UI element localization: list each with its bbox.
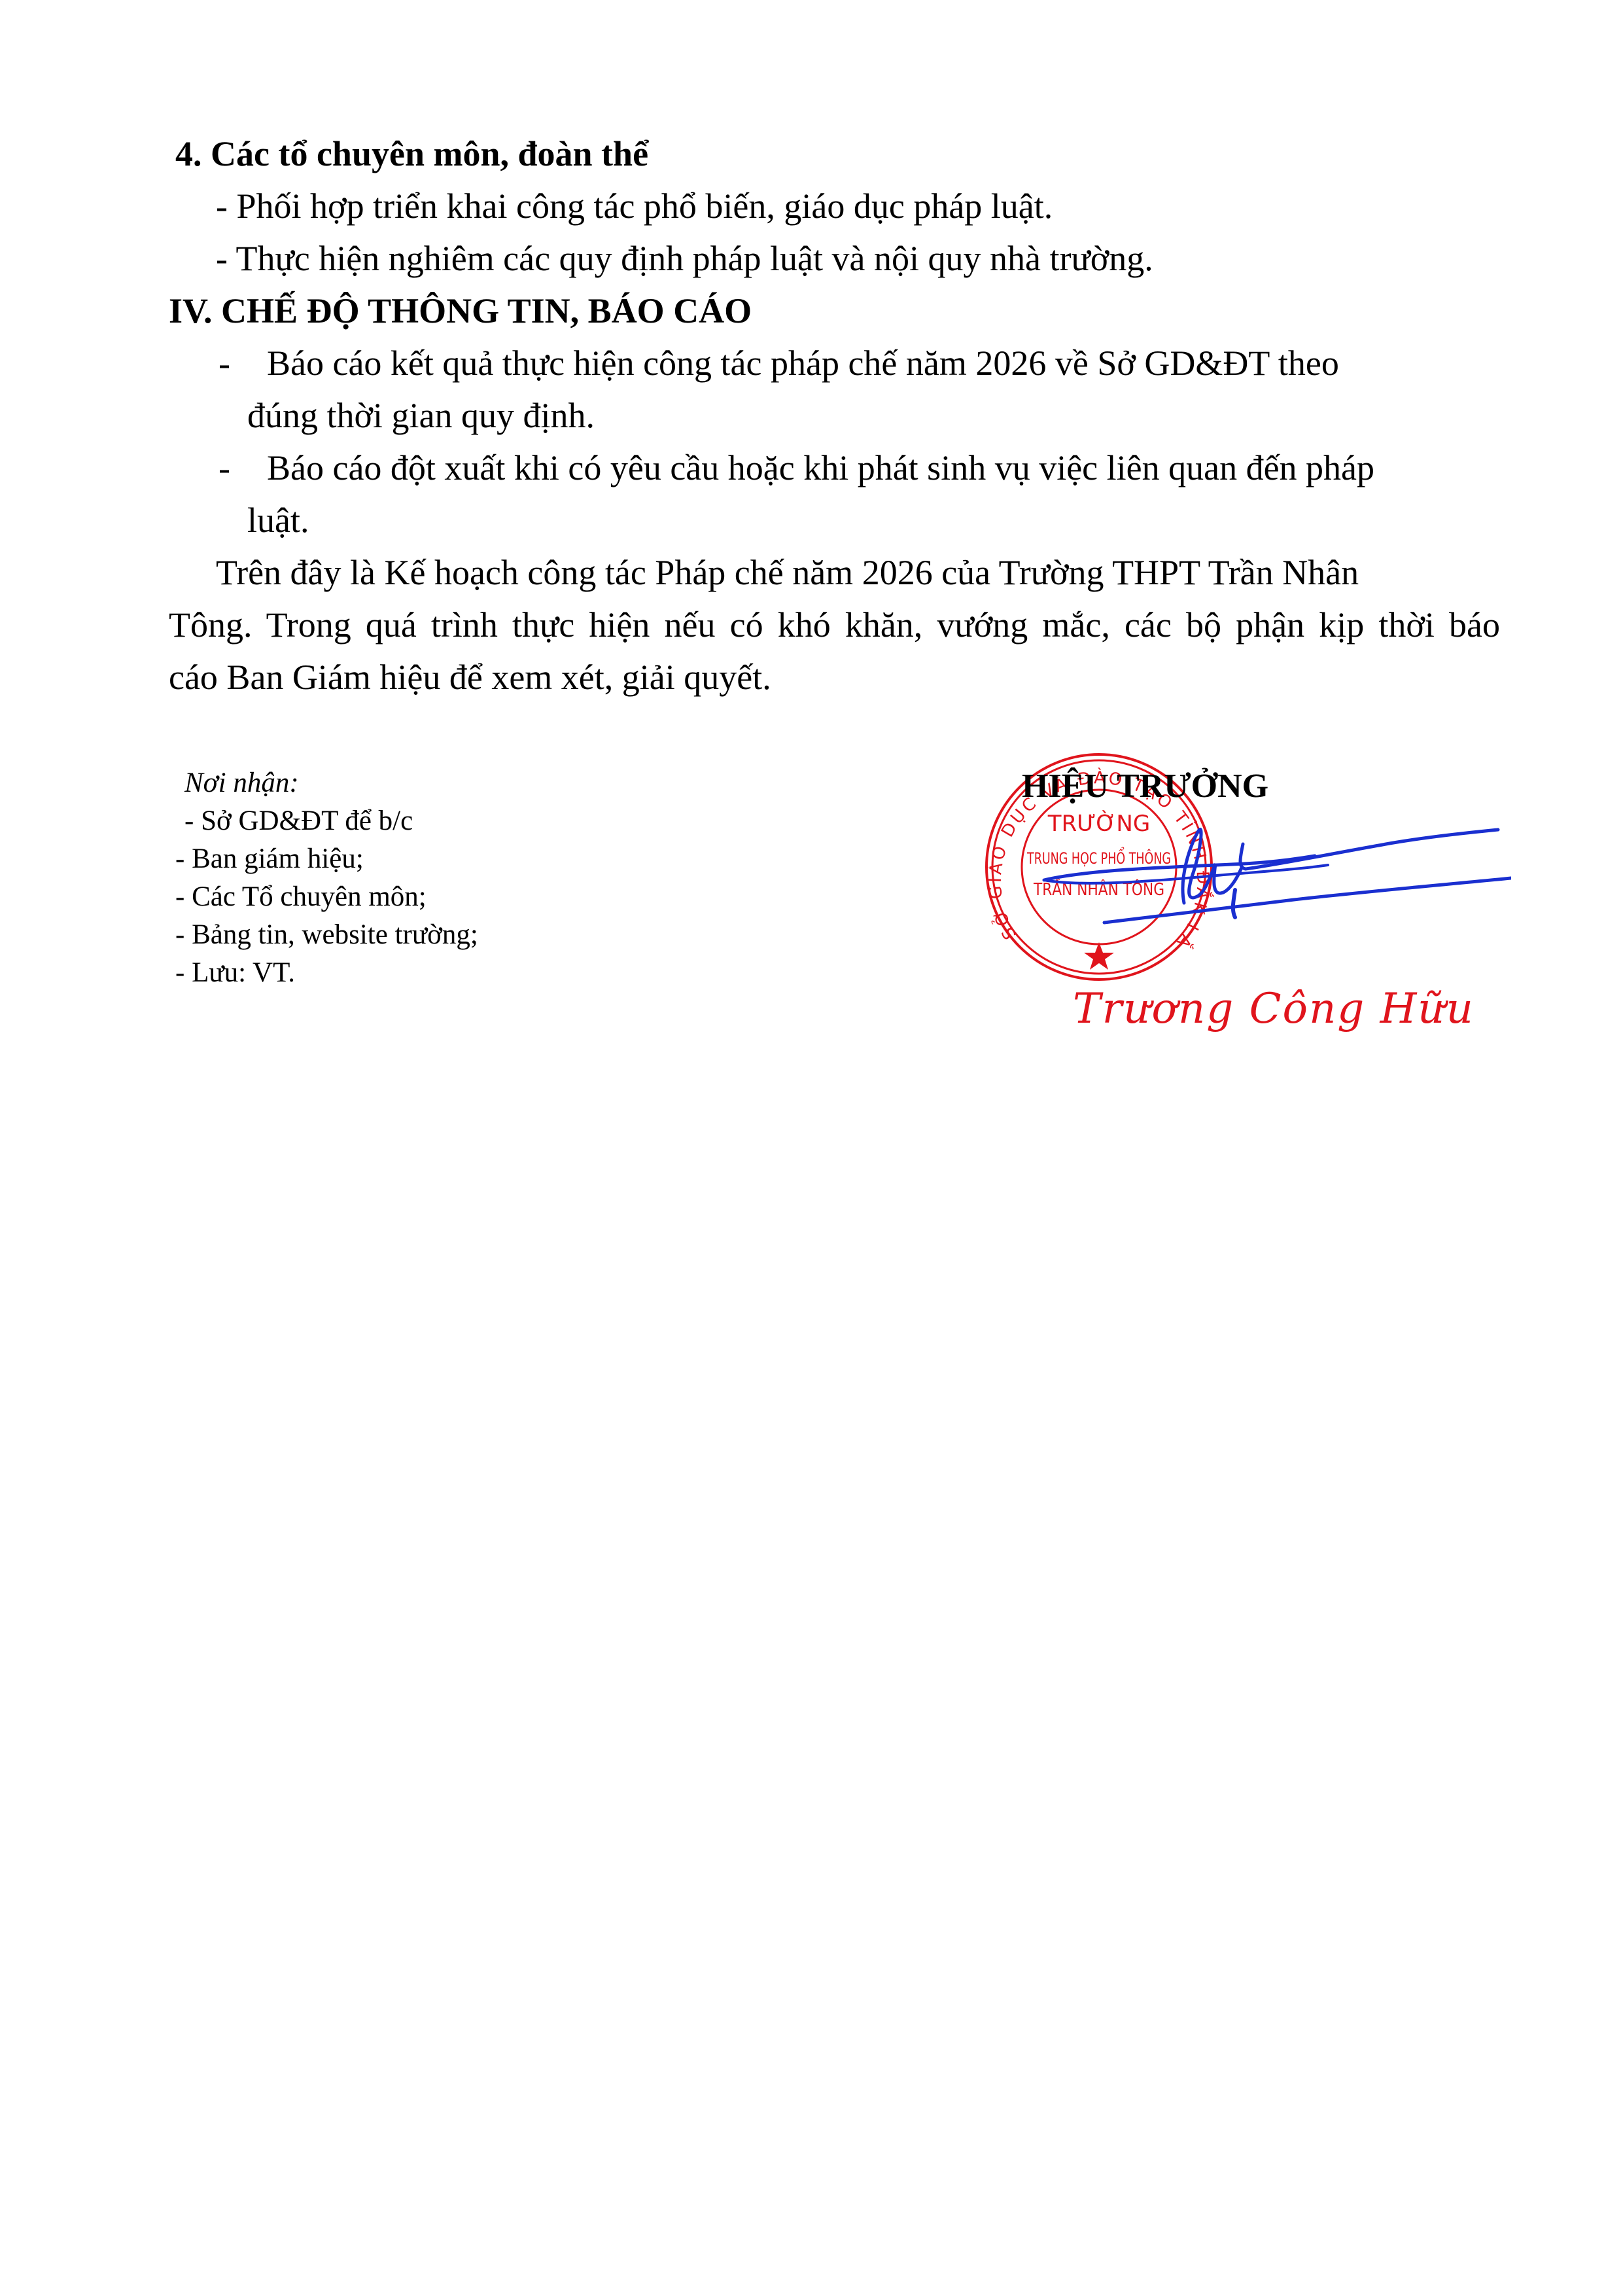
handwritten-signature-icon (1027, 824, 1511, 955)
section-4-heading: 4. Các tổ chuyên môn, đoàn thể (175, 136, 648, 171)
closing-paragraph-line2: Tông. Trong quá trình thực hiện nếu có k… (169, 607, 1500, 643)
signer-title: HIỆU TRƯỞNG (1022, 767, 1268, 805)
recipient-item: - Sở GD&ĐT để b/c (184, 802, 478, 840)
bullet-dash: - (218, 450, 230, 486)
section-iv-item-2-line2: luật. (247, 503, 309, 538)
section-iv-heading: IV. CHẾ ĐỘ THÔNG TIN, BÁO CÁO (169, 293, 752, 328)
signer-name: Trương Công Hữu (1073, 985, 1475, 1033)
recipients-block: Nơi nhận: - Sở GD&ĐT để b/c - Ban giám h… (175, 764, 478, 992)
document-page: 4. Các tổ chuyên môn, đoàn thể - Phối hợ… (0, 0, 1623, 2296)
recipient-item: - Bảng tin, website trường; (175, 916, 478, 954)
section-4-item: - Phối hợp triển khai công tác phổ biến,… (216, 188, 1053, 224)
closing-paragraph-line3: cáo Ban Giám hiệu để xem xét, giải quyết… (169, 660, 771, 695)
bullet-dash: - (218, 345, 230, 381)
recipient-item: - Ban giám hiệu; (175, 840, 478, 878)
recipients-title: Nơi nhận: (184, 764, 478, 802)
section-iv-item-2-line1: Báo cáo đột xuất khi có yêu cầu hoặc khi… (267, 450, 1374, 486)
section-4-item: - Thực hiện nghiêm các quy định pháp luậ… (216, 241, 1153, 276)
section-iv-item-1-line2: đúng thời gian quy định. (247, 398, 595, 433)
recipient-item: - Lưu: VT. (175, 954, 478, 992)
closing-paragraph-line1: Trên đây là Kế hoạch công tác Pháp chế n… (216, 555, 1359, 590)
recipient-item: - Các Tổ chuyên môn; (175, 878, 478, 916)
section-iv-item-1-line1: Báo cáo kết quả thực hiện công tác pháp … (267, 345, 1339, 381)
